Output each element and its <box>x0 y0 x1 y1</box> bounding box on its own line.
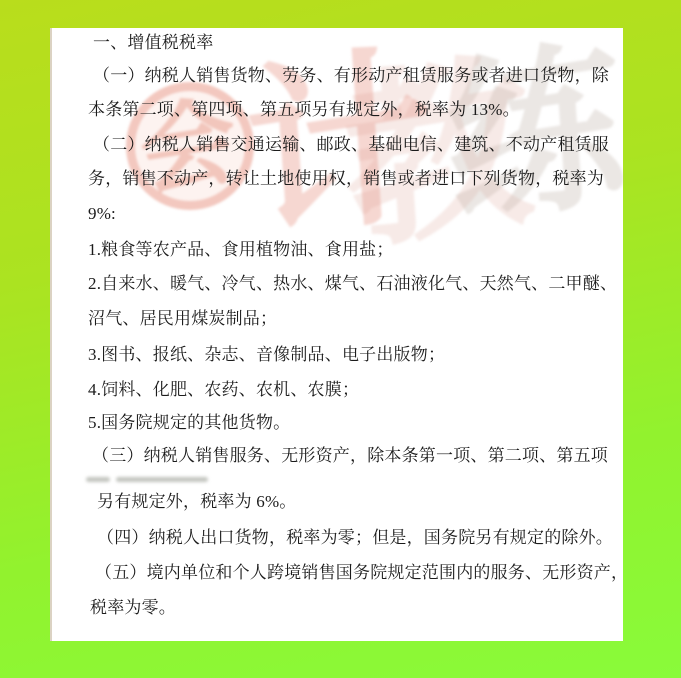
text-line: （一）纳税人销售货物、劳务、有形动产租赁服务或者进口货物，除 <box>93 66 609 86</box>
text-line: 税率为零。 <box>90 598 176 618</box>
document-page: 会 计 教 练 一、增值税税率 （一）纳税人销售货物、劳务、有形动产租赁服务或者… <box>50 28 623 641</box>
text-line: 沼气、居民用煤炭制品； <box>88 309 277 329</box>
text-line: （二）纳税人销售交通运输、邮政、基础电信、建筑、不动产租赁服 <box>93 135 609 155</box>
heading-line: 一、增值税税率 <box>93 33 213 53</box>
text-line: （四）纳税人出口货物，税率为零；但是，国务院另有规定的除外。 <box>97 528 613 548</box>
text-line: （五）境内单位和个人跨境销售国务院规定范围内的服务、无形资产， <box>95 563 628 583</box>
text-line: 本条第二项、第四项、第五项另有规定外，税率为 13%。 <box>88 100 520 120</box>
text-line: 1.粮食等农产品、食用植物油、食用盐； <box>88 240 394 260</box>
text-line: 务，销售不动产，转让土地使用权，销售或者进口下列货物，税率为 <box>88 169 604 189</box>
text-line: 9%: <box>88 204 116 224</box>
text-line: （三）纳税人销售服务、无形资产，除本条第一项、第二项、第五项 <box>92 446 608 466</box>
scan-smudge-artifact <box>116 477 208 482</box>
scan-smudge-artifact <box>86 477 110 482</box>
page-left-edge-shadow <box>50 28 52 641</box>
text-line: 2.自来水、暖气、冷气、热水、煤气、石油液化气、天然气、二甲醚、 <box>88 274 617 294</box>
text-line: 5.国务院规定的其他货物。 <box>88 413 290 433</box>
screenshot-root: { "document": { "lines": [ "一、增值税税率", "（… <box>0 0 681 678</box>
text-line: 3.图书、报纸、杂志、音像制品、电子出版物； <box>88 345 445 365</box>
text-line: 另有规定外，税率为 6%。 <box>97 492 297 512</box>
text-line: 4.饲料、化肥、农药、农机、农膜； <box>88 380 359 400</box>
